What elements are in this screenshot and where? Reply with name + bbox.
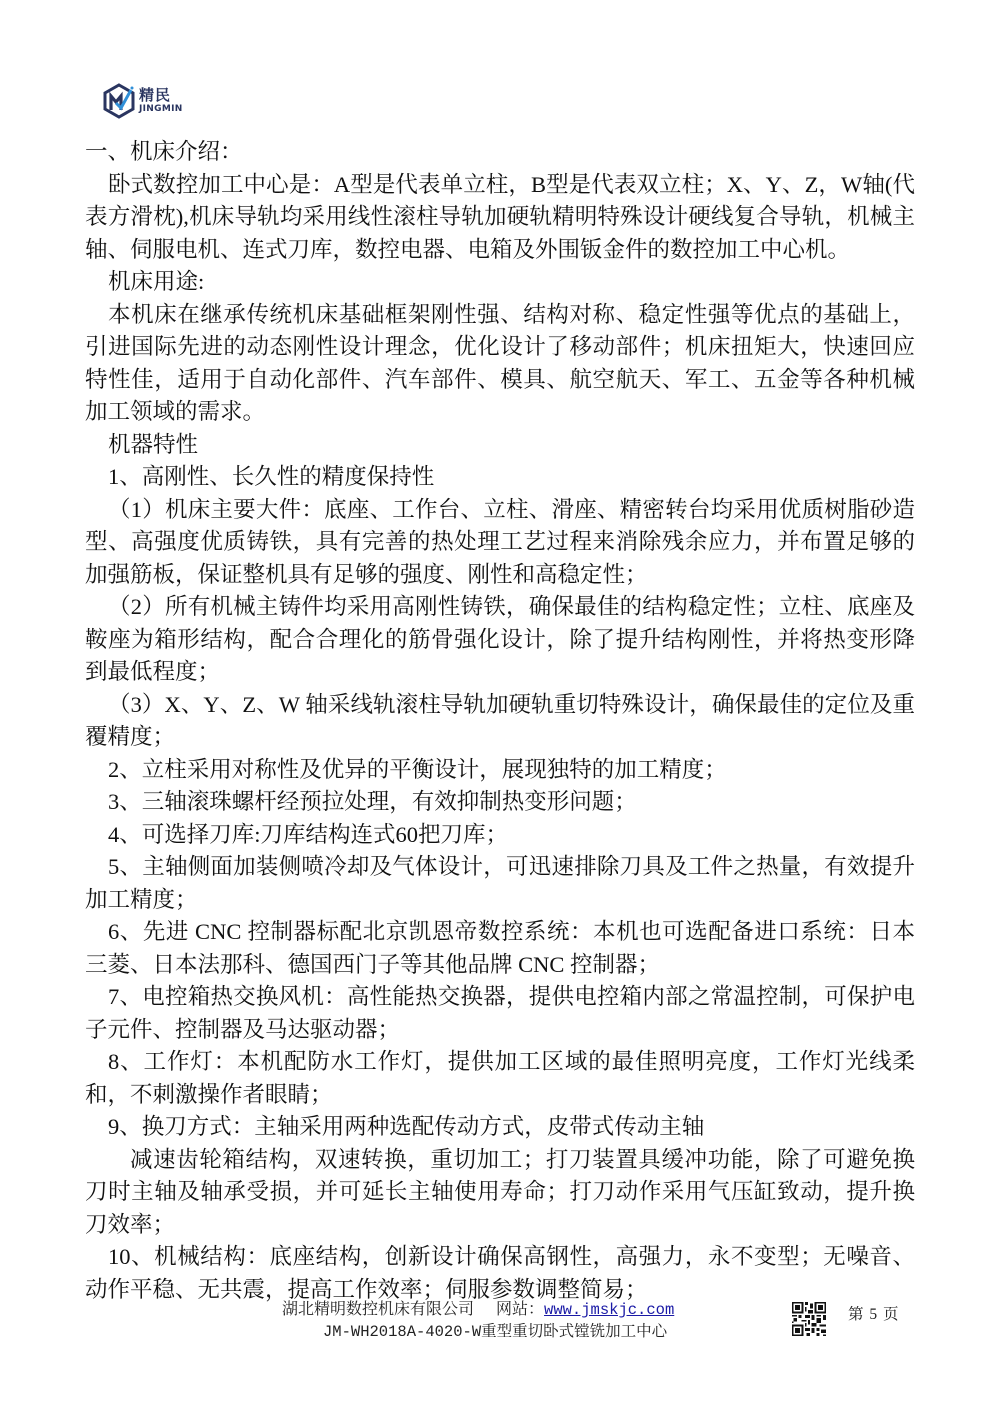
logo-english-name: JINGMIN [139, 105, 183, 114]
feature-subitem: （1）机床主要大件：底座、工作台、立柱、滑座、精密转台均采用优质树脂砂造型、高强… [85, 494, 915, 592]
feature-item: 2、立柱采用对称性及优异的平衡设计，展现独特的加工精度； [85, 754, 915, 787]
feature-item: 9、换刀方式：主轴采用两种选配传动方式，皮带式传动主轴 [85, 1111, 915, 1144]
section-heading: 一、机床介绍： [85, 136, 915, 169]
feature-continuation: 减速齿轮箱结构，双速转换，重切加工；打刀装置具缓冲功能，除了可避免换刀时主轴及轴… [85, 1144, 915, 1242]
feature-item: 8、工作灯：本机配防水工作灯，提供加工区域的最佳照明亮度，工作灯光线柔和，不刺激… [85, 1046, 915, 1111]
feature-item: 6、先进 CNC 控制器标配北京凯恩帝数控系统：本机也可选配备进口系统：日本三菱… [85, 916, 915, 981]
feature-item: 5、主轴侧面加装侧喷冷却及气体设计，可迅速排除刀具及工件之热量，有效提升加工精度… [85, 851, 915, 916]
logo-chinese-name: 精民 [139, 88, 183, 103]
footer-doc-title: JM-WH2018A-4020-W重型重切卧式镗铣加工中心 [323, 1322, 667, 1342]
page-footer: 湖北精明数控机床有限公司网站：www.jmskjc.com JM-WH2018A… [0, 1300, 1000, 1350]
footer-company: 湖北精明数控机床有限公司 [282, 1301, 474, 1318]
feature-subitem: （2）所有机械主铸件均采用高刚性铸铁，确保最佳的结构稳定性；立柱、底座及鞍座为箱… [85, 591, 915, 689]
usage-paragraph: 本机床在继承传统机床基础框架刚性强、结构对称、稳定性强等优点的基础上，引进国际先… [85, 299, 915, 429]
footer-company-line: 湖北精明数控机床有限公司网站：www.jmskjc.com [282, 1300, 674, 1320]
intro-paragraph: 卧式数控加工中心是：A型是代表单立柱，B型是代表双立柱；X、Y、Z，W轴(代表方… [85, 169, 915, 267]
company-logo: 精民 JINGMIN [102, 82, 183, 120]
feature-item: 3、三轴滚珠螺杆经预拉处理，有效抑制热变形问题； [85, 786, 915, 819]
page-number: 第 5 页 [848, 1302, 900, 1324]
usage-heading: 机床用途: [85, 266, 915, 299]
footer-website-link[interactable]: www.jmskjc.com [544, 1301, 674, 1319]
feature-item: 4、可选择刀库:刀库结构连式60把刀库； [85, 819, 915, 852]
jingmin-hexagon-logo-icon [102, 83, 136, 119]
feature-item: 1、高刚性、长久性的精度保持性 [85, 461, 915, 494]
feature-subitem: （3）X、Y、Z、W 轴采线轨滚柱导轨加硬轨重切特殊设计，确保最佳的定位及重覆精… [85, 689, 915, 754]
qr-code-icon [792, 1302, 826, 1336]
features-heading: 机器特性 [85, 429, 915, 462]
footer-site-label: 网站： [496, 1301, 544, 1318]
feature-item: 7、电控箱热交换风机：高性能热交换器，提供电控箱内部之常温控制，可保护电子元件、… [85, 981, 915, 1046]
document-body: 一、机床介绍： 卧式数控加工中心是：A型是代表单立柱，B型是代表双立柱；X、Y、… [85, 136, 915, 1306]
feature-item: 10、机械结构：底座结构，创新设计确保高钢性，高强力，永不变型；无噪音、动作平稳… [85, 1241, 915, 1306]
